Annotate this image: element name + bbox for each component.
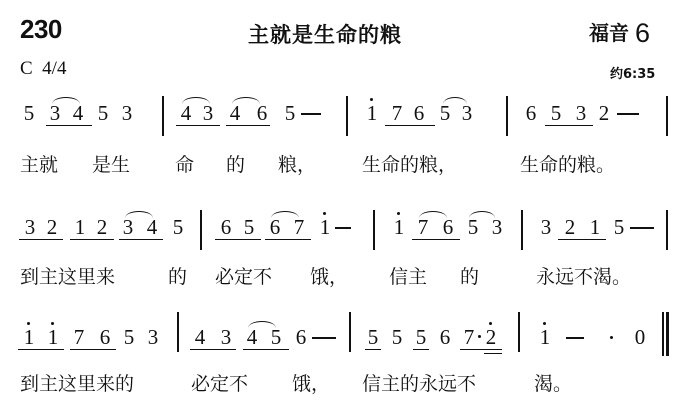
note: 5 xyxy=(122,327,136,348)
beam-underline xyxy=(46,125,92,126)
lyric-syllable: 是生 xyxy=(92,156,130,175)
hymn-number: 230 xyxy=(20,14,62,45)
note: 1 xyxy=(22,327,36,348)
note: 5 xyxy=(269,327,283,348)
note: 6 xyxy=(441,217,455,238)
note: 1 xyxy=(46,327,60,348)
lyric-syllable: 的 xyxy=(226,156,245,175)
note: 3 xyxy=(146,327,160,348)
note: 2 xyxy=(563,217,577,238)
dash-extension xyxy=(312,337,336,339)
dash-extension xyxy=(335,227,351,229)
lyric-syllable: 到主这里来的 xyxy=(20,375,134,394)
hymnal-name: 福音6 xyxy=(589,17,650,49)
note: 7 xyxy=(72,327,86,348)
beam-underline xyxy=(243,349,289,350)
note: 1 xyxy=(588,217,602,238)
note: 1 xyxy=(392,217,406,238)
beam-underline xyxy=(18,349,64,350)
note: 5 xyxy=(242,217,256,238)
beam-underline xyxy=(545,125,593,126)
beam-underline-double xyxy=(484,353,502,354)
beam-underline xyxy=(226,125,270,126)
note: 3 xyxy=(460,103,474,124)
lyric-syllable: 必定不 xyxy=(191,375,248,394)
beam-underline xyxy=(19,239,63,240)
note: 3 xyxy=(120,103,134,124)
beam-underline xyxy=(558,239,606,240)
barline xyxy=(200,210,202,250)
note: 6 xyxy=(219,217,233,238)
beam-underline xyxy=(265,239,311,240)
note: 6 xyxy=(255,103,269,124)
lyric-syllable: 生命的粮。 xyxy=(520,156,615,175)
note: 3 xyxy=(219,327,233,348)
note: 3 xyxy=(201,103,215,124)
note: 5 xyxy=(366,327,380,348)
note: 7 xyxy=(390,103,404,124)
note: 4 xyxy=(145,217,159,238)
note: 5 xyxy=(171,217,185,238)
note: 4 xyxy=(245,327,259,348)
note: 5 xyxy=(438,103,452,124)
barline xyxy=(518,312,520,352)
note: 5 xyxy=(22,103,36,124)
note: 5 xyxy=(96,103,110,124)
note: 1 xyxy=(365,103,379,124)
beam-underline xyxy=(460,349,502,350)
note: 2 xyxy=(484,327,498,348)
note: 3 xyxy=(48,103,62,124)
song-title: 主就是生命的粮 xyxy=(248,19,402,49)
lyric-syllable: 信主 xyxy=(389,268,427,287)
beam-underline xyxy=(412,239,460,240)
note: 5 xyxy=(612,217,626,238)
slur xyxy=(232,97,260,104)
note: 6 xyxy=(412,103,426,124)
beam-underline xyxy=(365,349,381,350)
barline xyxy=(521,210,523,250)
note: 5 xyxy=(466,217,480,238)
lyric-syllable: 到主这里来 xyxy=(20,268,115,287)
barline xyxy=(177,312,179,352)
lyric-syllable: 的 xyxy=(460,268,479,287)
note: 4 xyxy=(179,103,193,124)
note: 1 xyxy=(538,327,552,348)
lyric-syllable: 饿， xyxy=(310,268,348,287)
beam-underline xyxy=(215,239,261,240)
barline xyxy=(506,96,508,136)
note: 1 xyxy=(73,217,87,238)
note: 6 xyxy=(268,217,282,238)
note: 5 xyxy=(390,327,404,348)
note: 3 xyxy=(539,217,553,238)
lyric-syllable: 饿， xyxy=(292,375,330,394)
beam-underline xyxy=(385,125,435,126)
slur xyxy=(125,211,153,218)
dash-extension xyxy=(617,113,639,115)
barline xyxy=(162,96,164,136)
note: 5 xyxy=(283,103,297,124)
slur xyxy=(443,97,467,104)
note: 6 xyxy=(524,103,538,124)
note: 6 xyxy=(98,327,112,348)
slur xyxy=(419,211,447,218)
barline xyxy=(666,210,668,250)
beam-underline xyxy=(70,349,116,350)
dash-extension xyxy=(630,227,654,229)
note: 5 xyxy=(549,103,563,124)
note: 4 xyxy=(193,327,207,348)
dash-extension xyxy=(566,337,584,339)
slur xyxy=(52,97,80,104)
lyric-syllable: 必定不 xyxy=(215,268,272,287)
barline xyxy=(666,96,668,136)
barline xyxy=(349,312,351,352)
lyric-syllable: 生命的粮， xyxy=(362,156,457,175)
lyric-syllable: 主就 xyxy=(20,156,58,175)
hymnal-volume-number: 6 xyxy=(635,18,650,48)
note: 6 xyxy=(438,327,452,348)
scripture-reference: 约6:35 xyxy=(610,63,655,82)
slur xyxy=(182,97,210,104)
lyric-syllable: 永远不渴。 xyxy=(536,268,631,287)
final-barline-thin xyxy=(662,312,664,356)
note: 4 xyxy=(228,103,242,124)
dash-extension xyxy=(301,113,321,115)
lyric-syllable: 命 xyxy=(175,156,194,175)
note: 2 xyxy=(45,217,59,238)
key-time-signature: C 4/4 xyxy=(20,58,66,80)
beam-underline xyxy=(176,125,220,126)
note: 3 xyxy=(490,217,504,238)
final-barline-thick xyxy=(666,312,669,356)
note: 7 xyxy=(292,217,306,238)
lyric-syllable: 粮， xyxy=(278,156,316,175)
note: 7 xyxy=(462,327,476,348)
beam-underline xyxy=(190,349,236,350)
note: 2 xyxy=(95,217,109,238)
note: 7 xyxy=(416,217,430,238)
barline xyxy=(346,96,348,136)
note: 3 xyxy=(23,217,37,238)
note: 4 xyxy=(71,103,85,124)
note: 1 xyxy=(318,217,332,238)
note: 5 xyxy=(414,327,428,348)
note: 3 xyxy=(574,103,588,124)
beam-underline xyxy=(119,239,163,240)
note: 6 xyxy=(294,327,308,348)
note: 3 xyxy=(121,217,135,238)
note: 2 xyxy=(597,103,611,124)
slur xyxy=(271,211,299,218)
slur xyxy=(248,321,276,328)
beam-underline xyxy=(413,349,429,350)
slur xyxy=(469,211,495,218)
augmentation-dot xyxy=(610,336,613,339)
hymnal-book-label: 福音 xyxy=(589,21,629,45)
barline xyxy=(373,210,375,250)
augmentation-dot xyxy=(478,335,481,338)
note: 0 xyxy=(633,327,647,348)
beam-underline xyxy=(70,239,114,240)
lyric-syllable: 渴。 xyxy=(534,375,572,394)
lyric-syllable: 信主的永远不 xyxy=(362,375,476,394)
lyric-syllable: 的 xyxy=(168,268,187,287)
